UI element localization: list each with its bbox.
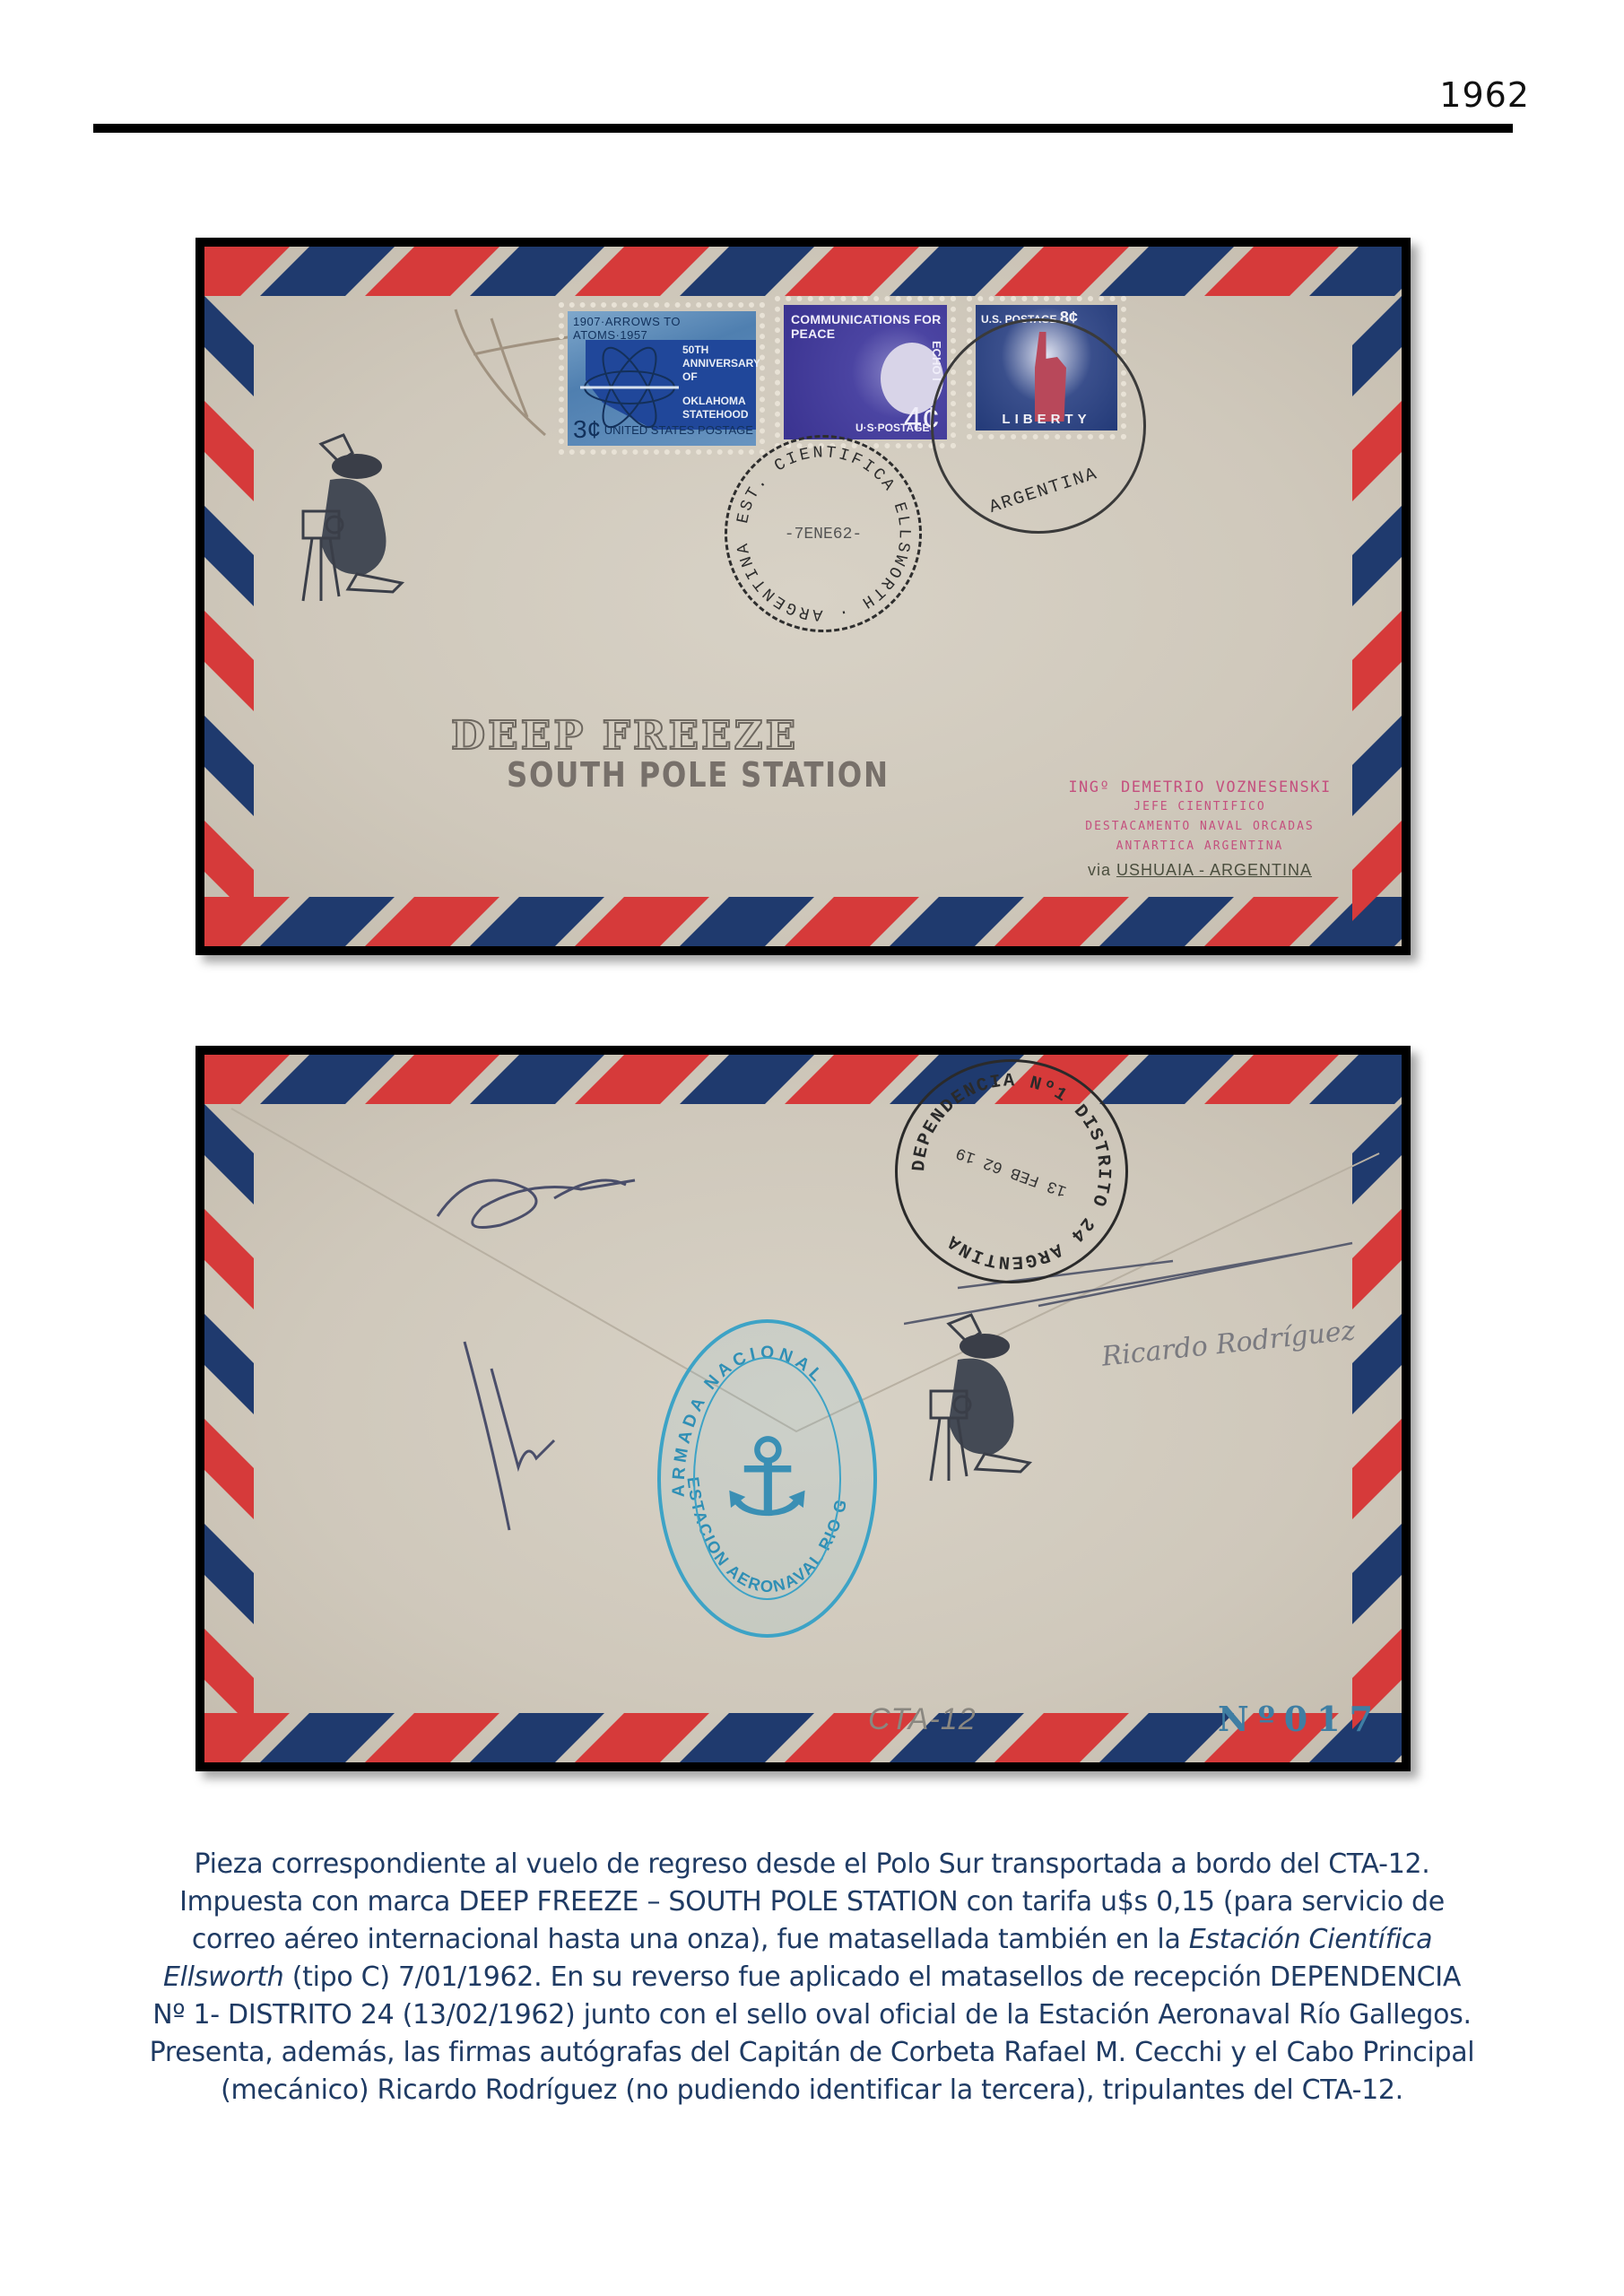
back-cover-image: Ricardo Rodríguez DEPENDENCIA Nº1 DISTRI… bbox=[195, 1046, 1411, 1771]
caption-line: Ellsworth (tipo C) 7/01/1962. En su reve… bbox=[72, 1959, 1552, 1996]
address-block: INGº DEMETRIO VOZNESENSKI JEFE CIENTIFIC… bbox=[994, 778, 1402, 880]
stamp-anniversary-text: 50TH ANNIVERSARY OF OKLAHOMA STATEHOOD bbox=[682, 344, 760, 422]
caption-line: correo aéreo internacional hasta una onz… bbox=[72, 1921, 1552, 1959]
anchor-sun-icon: ⚓ bbox=[719, 1425, 816, 1533]
caption-line: Impuesta con marca DEEP FREEZE – SOUTH P… bbox=[72, 1883, 1552, 1921]
oval-seal-armada: ARMADA NACIONAL ESTACION AERONAVAL RIO G… bbox=[657, 1319, 877, 1638]
caption-line: Presenta, además, las firmas autógrafas … bbox=[72, 2034, 1552, 2072]
caption-line: (mecánico) Ricardo Rodríguez (no pudiend… bbox=[72, 2072, 1552, 2109]
header-rule bbox=[93, 124, 1513, 133]
front-cover-image: 1907·ARROWS TO ATOMS·1957 50TH ANNIVERSA… bbox=[195, 238, 1411, 955]
cartoon-photographer-icon bbox=[294, 426, 420, 605]
routing-line: via USHUAIA - ARGENTINA bbox=[994, 860, 1402, 880]
postmark-ellsworth: EST. CIENTIFICA ELLSWORTH · ARGENTINA -7… bbox=[725, 435, 922, 632]
postmark-date: -7ENE62- bbox=[727, 526, 919, 544]
postmark-ellsworth-partial: ARGENTINA bbox=[931, 318, 1146, 534]
deep-freeze-cachet: DEEP FREEZE SOUTH POLE STATION bbox=[451, 713, 957, 795]
serial-number: Nº017 bbox=[1218, 1699, 1382, 1739]
postmark-dependencia: DEPENDENCIA Nº1 DISTRITO 24 ARGENTINA 13… bbox=[895, 1059, 1128, 1283]
signature-third bbox=[456, 1333, 563, 1548]
envelope-back: Ricardo Rodríguez DEPENDENCIA Nº1 DISTRI… bbox=[204, 1055, 1402, 1762]
caption: Pieza correspondiente al vuelo de regres… bbox=[72, 1846, 1552, 2109]
stamp-side-text: ECHO I bbox=[930, 341, 943, 381]
caption-line: Pieza correspondiente al vuelo de regres… bbox=[72, 1846, 1552, 1883]
stamp-echo-communications: COMMUNICATIONS FOR PEACE ECHO I U·S·POST… bbox=[775, 296, 956, 448]
signature-cecchi bbox=[420, 1135, 653, 1270]
envelope-front: 1907·ARROWS TO ATOMS·1957 50TH ANNIVERSA… bbox=[204, 247, 1402, 946]
handwritten-cta-note: CTA-12 bbox=[868, 1702, 977, 1737]
cartoon-photographer-icon bbox=[922, 1306, 1047, 1485]
stamp-bottom-text: 3¢ UNITED STATES POSTAGE bbox=[573, 415, 753, 444]
stamp-text: COMMUNICATIONS FOR PEACE bbox=[791, 312, 947, 341]
stamp-oklahoma-statehood: 1907·ARROWS TO ATOMS·1957 50TH ANNIVERSA… bbox=[559, 302, 765, 455]
caption-line: Nº 1- DISTRITO 24 (13/02/1962) junto con… bbox=[72, 1996, 1552, 2034]
page-year: 1962 bbox=[1431, 75, 1530, 115]
